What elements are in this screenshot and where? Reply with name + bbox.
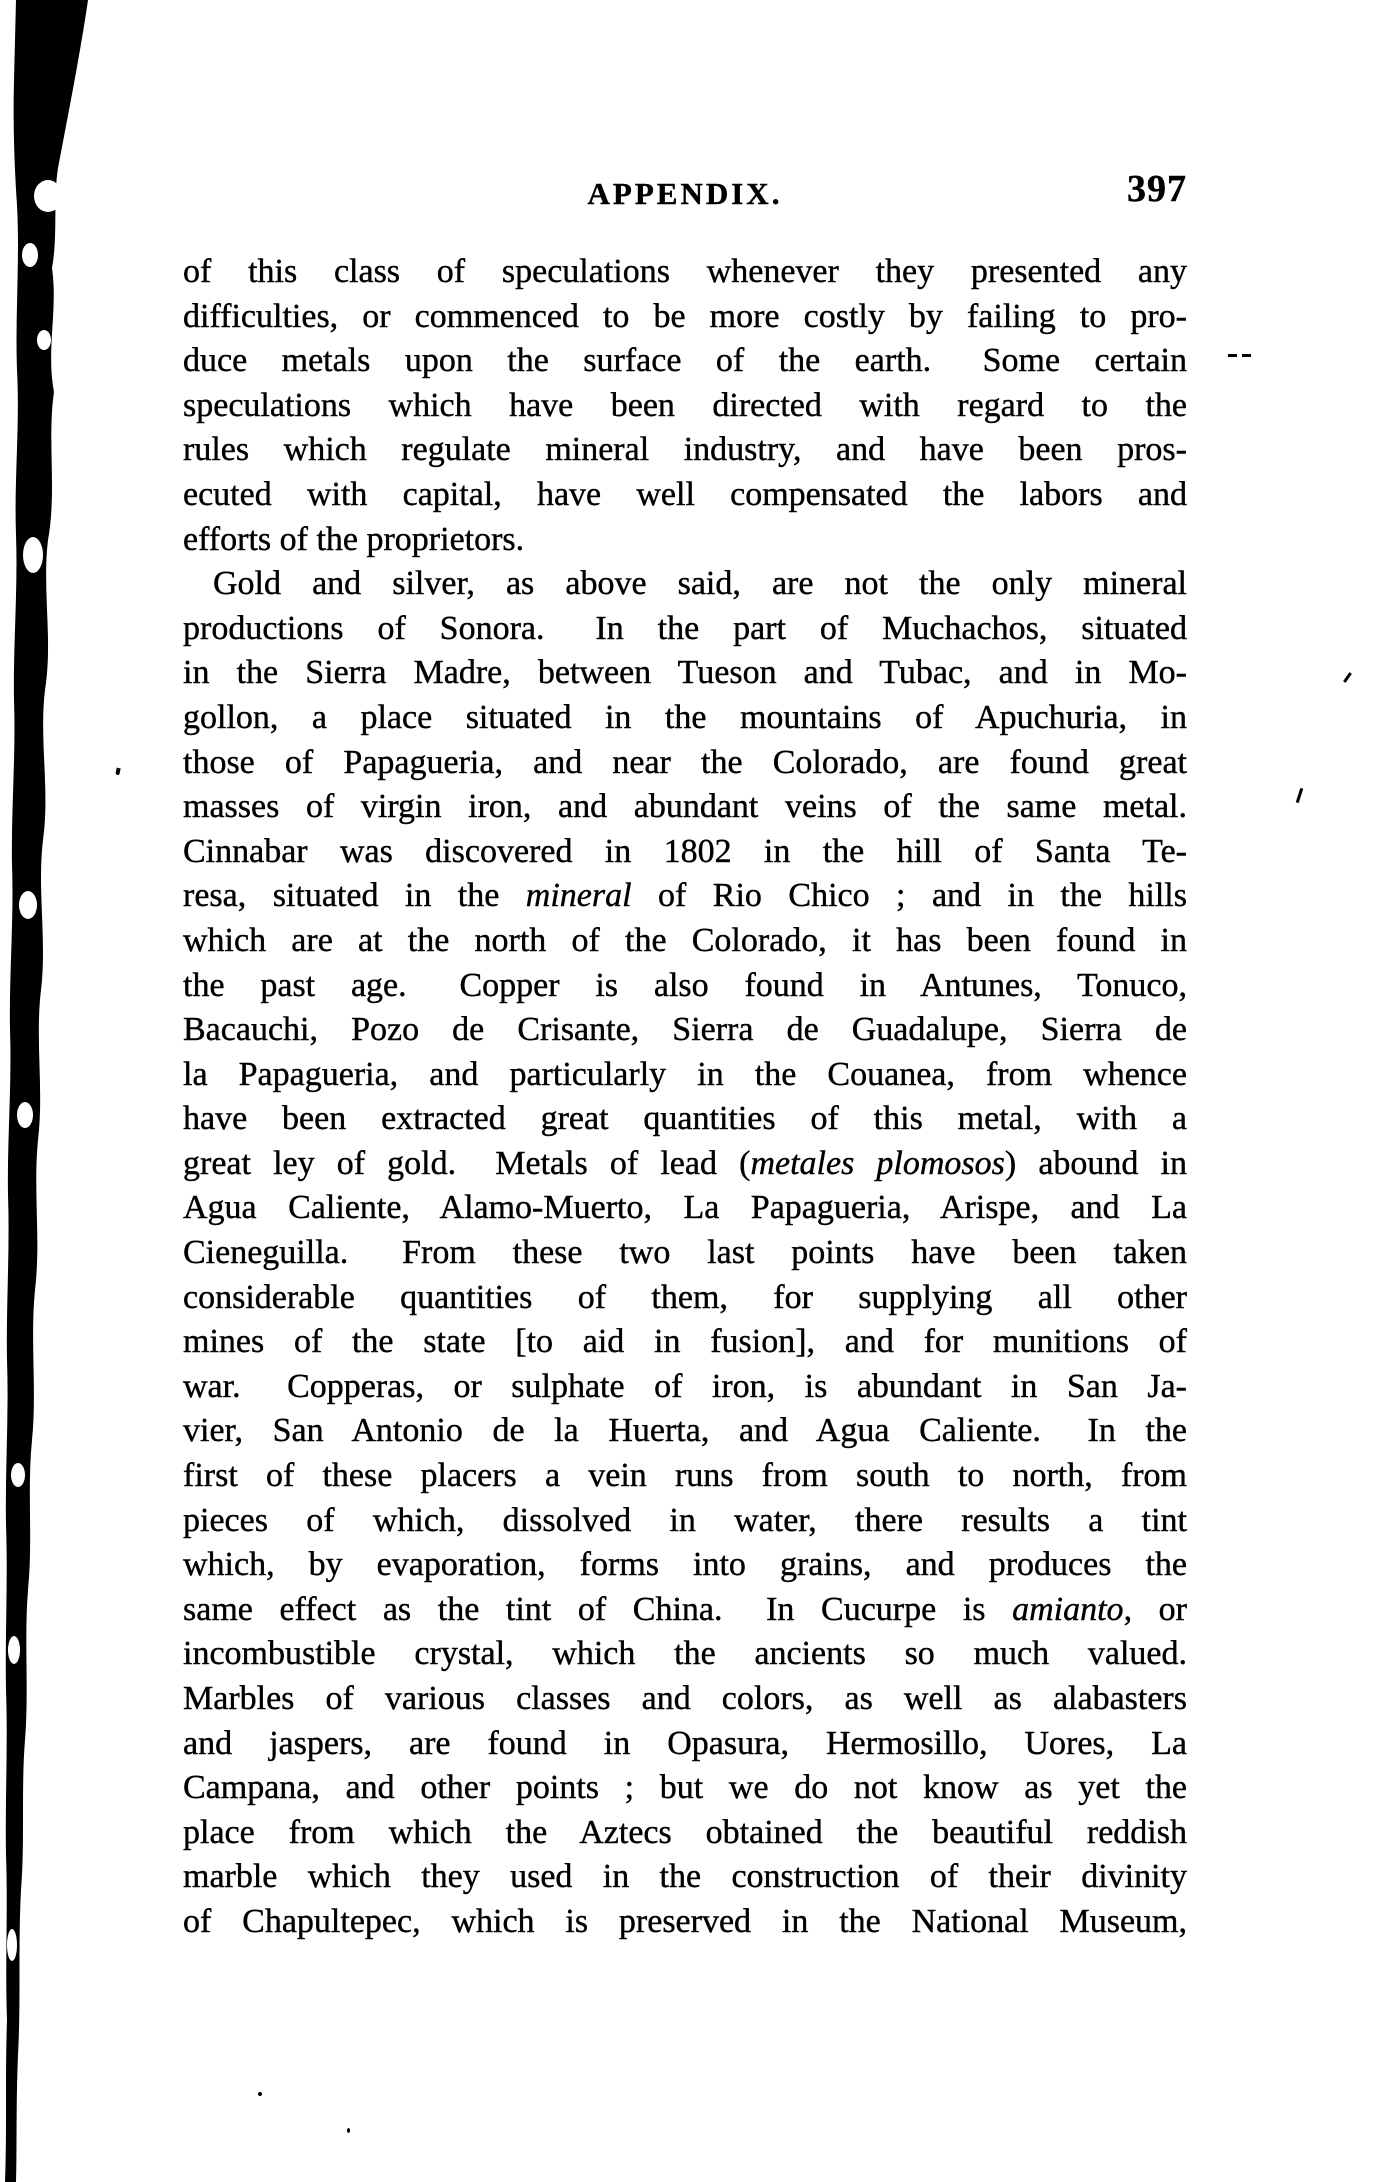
text-segment: great ley of gold. Metals of lead ( xyxy=(183,1145,750,1182)
text-segment: of Rio Chico ; and in the hills xyxy=(632,877,1187,914)
text-line: Cinnabar was discovered in 1802 in the h… xyxy=(183,830,1187,875)
page-number: 397 xyxy=(183,167,1187,211)
text-line: efforts of the proprietors. xyxy=(183,518,1187,563)
scan-speck xyxy=(347,2128,350,2133)
scan-speck xyxy=(1343,672,1352,683)
scan-speck xyxy=(1296,788,1303,803)
text-line: which are at the north of the Colorado, … xyxy=(183,919,1187,964)
text-segment: same effect as the tint of China. In Cuc… xyxy=(183,1591,1012,1628)
text-line: difficulties, or commenced to be more co… xyxy=(183,295,1187,340)
text-line: rules which regulate mineral industry, a… xyxy=(183,428,1187,473)
text-line: have been extracted great quantities of … xyxy=(183,1097,1187,1142)
italic-text: metales plomosos xyxy=(750,1145,1004,1182)
text-line: Agua Caliente, Alamo-Muerto, La Papaguer… xyxy=(183,1186,1187,1231)
text-line: in the Sierra Madre, between Tueson and … xyxy=(183,651,1187,696)
text-line: duce metals upon the surface of the eart… xyxy=(183,339,1187,384)
text-line: Cieneguilla. From these two last points … xyxy=(183,1231,1187,1276)
text-line: pieces of which, dissolved in water, the… xyxy=(183,1499,1187,1544)
text-line: same effect as the tint of China. In Cuc… xyxy=(183,1588,1187,1633)
text-line: mines of the state [to aid in fusion], a… xyxy=(183,1320,1187,1365)
text-line: Campana, and other points ; but we do no… xyxy=(183,1766,1187,1811)
text-line: la Papagueria, and particularly in the C… xyxy=(183,1053,1187,1098)
page-body: of this class of speculations whenever t… xyxy=(183,250,1187,1945)
text-line: Marbles of various classes and colors, a… xyxy=(183,1677,1187,1722)
italic-text: amianto xyxy=(1012,1591,1123,1628)
text-line: resa, situated in the mineral of Rio Chi… xyxy=(183,874,1187,919)
text-line: first of these placers a vein runs from … xyxy=(183,1454,1187,1499)
text-line: and jaspers, are found in Opasura, Hermo… xyxy=(183,1722,1187,1767)
scan-speck xyxy=(1228,354,1252,357)
text-line: ecuted with capital, have well compensat… xyxy=(183,473,1187,518)
text-line: place from which the Aztecs obtained the… xyxy=(183,1811,1187,1856)
binding-edge-artifact xyxy=(0,0,120,2182)
text-segment: , or xyxy=(1124,1591,1187,1628)
text-line: speculations which have been directed wi… xyxy=(183,384,1187,429)
text-line: great ley of gold. Metals of lead (metal… xyxy=(183,1142,1187,1187)
text-line: Bacauchi, Pozo de Crisante, Sierra de Gu… xyxy=(183,1008,1187,1053)
text-line: those of Papagueria, and near the Colora… xyxy=(183,741,1187,786)
text-line: of Chapultepec, which is preserved in th… xyxy=(183,1900,1187,1945)
text-line: of this class of speculations whenever t… xyxy=(183,250,1187,295)
text-line: considerable quantities of them, for sup… xyxy=(183,1276,1187,1321)
text-line: war. Copperas, or sulphate of iron, is a… xyxy=(183,1365,1187,1410)
text-line: masses of virgin iron, and abundant vein… xyxy=(183,785,1187,830)
text-segment: ) abound in xyxy=(1005,1145,1187,1182)
text-line: the past age. Copper is also found in An… xyxy=(183,964,1187,1009)
text-line: marble which they used in the constructi… xyxy=(183,1855,1187,1900)
text-segment: resa, situated in the xyxy=(183,877,526,914)
text-line: incombustible crystal, which the ancient… xyxy=(183,1632,1187,1677)
page-container: APPENDIX. 397 of this class of speculati… xyxy=(0,0,1381,2182)
text-line: which, by evaporation, forms into grains… xyxy=(183,1543,1187,1588)
scan-speck xyxy=(258,2092,262,2096)
text-line: productions of Sonora. In the part of Mu… xyxy=(183,607,1187,652)
text-line: vier, San Antonio de la Huerta, and Agua… xyxy=(183,1409,1187,1454)
italic-text: mineral xyxy=(526,877,632,914)
text-line: Gold and silver, as above said, are not … xyxy=(183,562,1187,607)
text-line: gollon, a place situated in the mountain… xyxy=(183,696,1187,741)
